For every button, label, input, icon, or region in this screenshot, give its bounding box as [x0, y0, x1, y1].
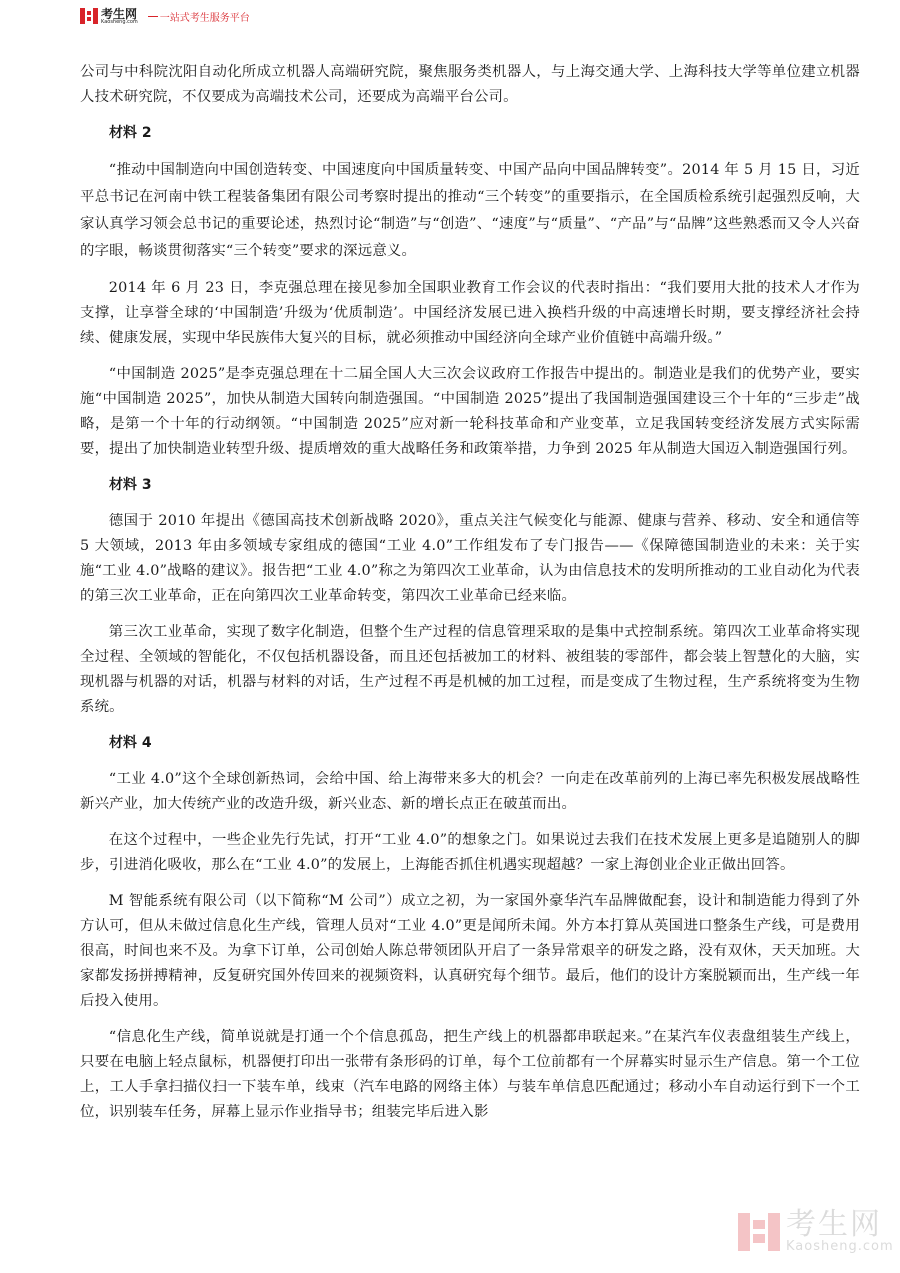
paragraph: “工业 4.0”这个全球创新热词，会给中国、给上海带来多大的机会？一向走在改革前…: [80, 767, 860, 817]
section-heading-material-3: 材料 3: [80, 473, 860, 498]
watermark-logo-icon: [738, 1213, 780, 1251]
continuation-paragraph: 公司与中科院沈阳自动化所成立机器人高端研究院，聚焦服务类机器人，与上海交通大学、…: [80, 60, 860, 110]
slogan-text: 一站式考生服务平台: [160, 9, 250, 24]
logo-text: 考生网 Kaosheng.com: [101, 8, 138, 25]
paragraph: “推动中国制造向中国创造转变、中国速度向中国质量转变、中国产品向中国品牌转变”。…: [80, 157, 860, 265]
kaosheng-logo-icon: [80, 8, 98, 24]
slogan: 一站式考生服务平台: [148, 9, 250, 24]
paragraph: “中国制造 2025”是李克强总理在十二届全国人大三次会议政府工作报告中提出的。…: [80, 362, 860, 462]
watermark: 考生网 Kaosheng.com: [738, 1210, 894, 1253]
document-body: 公司与中科院沈阳自动化所成立机器人高端研究院，聚焦服务类机器人，与上海交通大学、…: [80, 60, 860, 1125]
watermark-en: Kaosheng.com: [786, 1240, 894, 1253]
section-heading-material-4: 材料 4: [80, 731, 860, 756]
page-header: 考生网 Kaosheng.com 一站式考生服务平台: [80, 6, 250, 26]
paragraph: M 智能系统有限公司（以下简称“M 公司”）成立之初，为一家国外豪华汽车品牌做配…: [80, 889, 860, 1014]
logo-en: Kaosheng.com: [101, 20, 138, 25]
slogan-dash: [148, 16, 158, 17]
watermark-cn: 考生网: [786, 1210, 894, 1240]
watermark-text: 考生网 Kaosheng.com: [786, 1210, 894, 1253]
logo-cn: 考生网: [101, 8, 138, 20]
paragraph: 第三次工业革命，实现了数字化制造，但整个生产过程的信息管理采取的是集中式控制系统…: [80, 620, 860, 720]
section-heading-material-2: 材料 2: [80, 121, 860, 146]
paragraph: 2014 年 6 月 23 日，李克强总理在接见参加全国职业教育工作会议的代表时…: [80, 276, 860, 351]
paragraph: 在这个过程中，一些企业先行先试，打开“工业 4.0”的想象之门。如果说过去我们在…: [80, 828, 860, 878]
paragraph: “信息化生产线，简单说就是打通一个个信息孤岛，把生产线上的机器都串联起来。”在某…: [80, 1025, 860, 1125]
paragraph: 德国于 2010 年提出《德国高技术创新战略 2020》，重点关注气候变化与能源…: [80, 509, 860, 609]
